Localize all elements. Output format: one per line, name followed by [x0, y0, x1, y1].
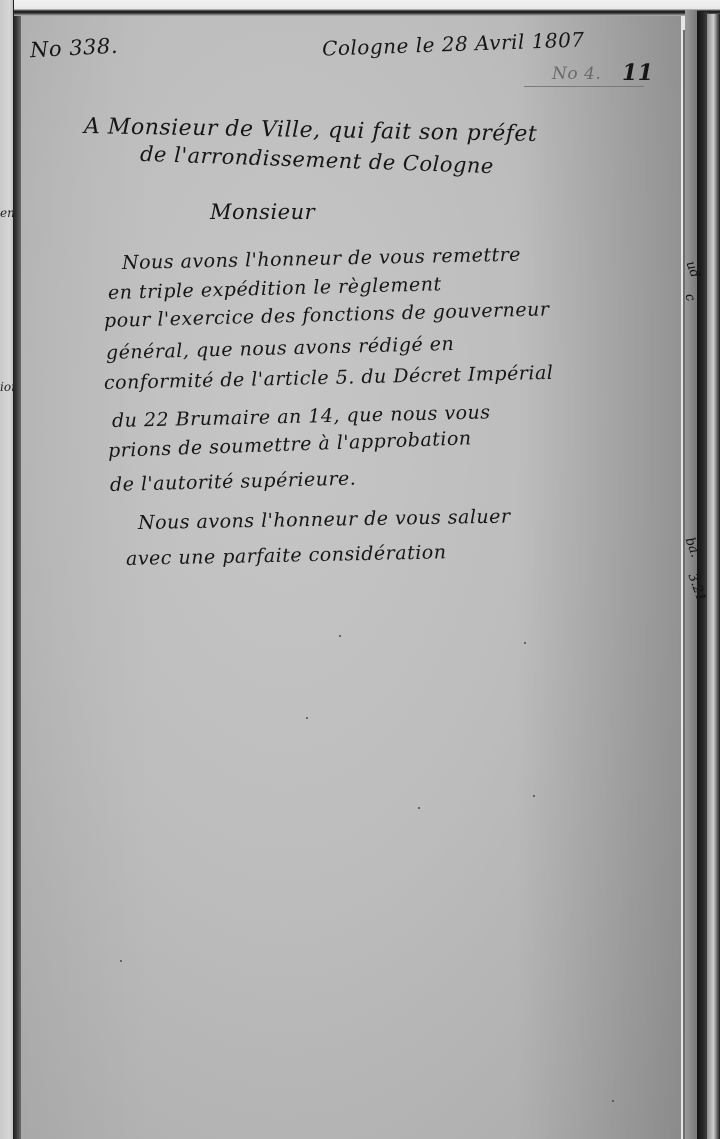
paper-speck	[524, 642, 526, 644]
top-page-edge	[14, 0, 720, 16]
paper-speck	[533, 795, 535, 797]
register-number: No 338.	[29, 34, 118, 63]
adjacent-page-strip: ent ion	[0, 0, 14, 1139]
reference-mark: 11	[622, 60, 654, 86]
paper-speck	[612, 1100, 614, 1102]
paper-speck	[418, 807, 420, 809]
document-scan: ent ion No 338. Cologne le 28 Avril 1807…	[0, 0, 720, 1139]
paper-sheet	[21, 16, 681, 1139]
paper-speck	[306, 717, 308, 719]
right-outer-edge	[707, 14, 720, 1139]
left-binding-edge	[13, 0, 21, 1139]
reference-underline	[524, 86, 644, 87]
paper-speck	[120, 960, 122, 962]
salutation: Monsieur	[210, 200, 315, 224]
paper-speck	[339, 635, 341, 637]
reference-number: No 4.	[552, 64, 601, 84]
